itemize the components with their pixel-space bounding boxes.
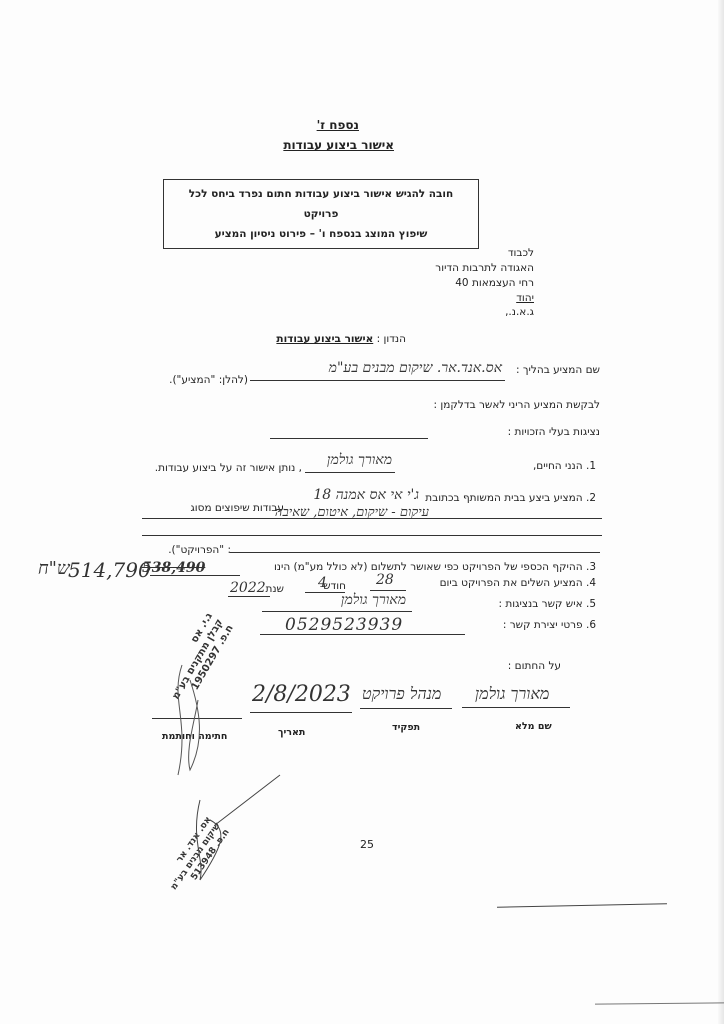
item-4-year: 2022: [230, 580, 266, 596]
full-name-value: מאורך גולמן: [475, 684, 549, 704]
item-1-after: , נותן אישור זה על ביצוע עבודות.: [155, 462, 302, 474]
item-3: 3. ההיקף הכספי של הפרויקט כפי שאושר לתשל…: [274, 561, 596, 573]
recipient-block: לכבוד האגודה לתרבות הדיור רחי העצמאות 40…: [435, 246, 534, 306]
item-3-struck-value: 538,490: [142, 560, 205, 576]
item-4-month: 4: [318, 575, 327, 591]
greeting: ג.א.נ.,: [505, 306, 534, 318]
item-2: 2. המציע ביצע בבית המשותף בכתובת: [425, 492, 596, 504]
request-line: לבקשת המציע הריני לאשר בדלקמן :: [434, 399, 600, 411]
rep-label: נציגות בעלי הזכויות :: [508, 426, 600, 438]
scan-edge: [718, 0, 724, 1024]
notice-line-2: שיפוץ המוצג בנספח ו' – פירוט ניסיון המצי…: [170, 224, 472, 244]
date-value: 2/8/2023: [252, 682, 351, 707]
item-2-after: עבודות שיפוצים מסוג: [190, 502, 284, 514]
item-2-value2: עיקום - שיקום, איטום, שאיבה: [275, 504, 429, 520]
role-label: תפקיד: [392, 722, 420, 733]
item-6: 6. פרטי יצירת קשר :: [503, 619, 596, 631]
bidder-name-suffix: (להלן: "המציע").: [169, 374, 248, 386]
item-4-day: 28: [376, 572, 394, 588]
recipient-street: רחי העצמאות 40: [435, 276, 534, 291]
bottom-signature-scribble: [170, 770, 290, 890]
full-name-label: שם מלא: [515, 721, 552, 732]
recipient-org: האגודה לתרבות הדיור: [435, 261, 534, 276]
item-4: 4. המציע השלים את הפרויקט ביום: [440, 577, 596, 589]
recipient-city: יהוד: [435, 291, 534, 306]
subject-text: אישור ביצוע עבודות: [276, 333, 373, 345]
page-number: 25: [360, 838, 374, 851]
appendix-title: נספח ז': [317, 118, 359, 132]
subject-line: הנדון : אישור ביצוע עבודות: [276, 333, 406, 345]
item-2-value: ג'י אי אס אמנה 18: [313, 487, 419, 504]
role-value: מנהל פרויקט: [362, 684, 441, 704]
stray-line-bottom: [595, 1002, 724, 1004]
item-6-value: 0529523939: [285, 615, 403, 635]
item-1-value: מאורך גולמן: [327, 452, 392, 469]
date-label: תאריך: [278, 727, 305, 738]
bidder-name-value: אס.אנד.אר. שיקום מבנים בע"מ: [329, 360, 502, 377]
recipient-salutation: לכבוד: [435, 246, 534, 261]
signature-section-label: על החתום :: [508, 660, 561, 672]
item-4-year-label: שנת: [265, 583, 284, 595]
signature-scribble: [160, 660, 220, 780]
notice-line-1: חובה להגיש אישור ביצוע עבודות חתום נפרד …: [170, 184, 472, 224]
item-2-closing: : "הפרויקט").: [168, 544, 231, 556]
item-5: 5. איש קשר בנציגות :: [499, 598, 597, 610]
subject-label: הנדון :: [377, 333, 406, 345]
stray-line: [497, 903, 667, 908]
bidder-name-label: שם המציע בהליך :: [516, 364, 600, 376]
notice-box: חובה להגיש אישור ביצוע עבודות חתום נפרד …: [163, 179, 479, 249]
item-5-value: מאורך גולמן: [341, 592, 406, 609]
item-1: 1. הנני החיים,: [533, 460, 596, 472]
document-title: אישור ביצוע עבודות: [283, 138, 394, 152]
item-3-value: 514,790: [68, 558, 151, 582]
item-3-currency: ש"ח: [38, 558, 70, 579]
